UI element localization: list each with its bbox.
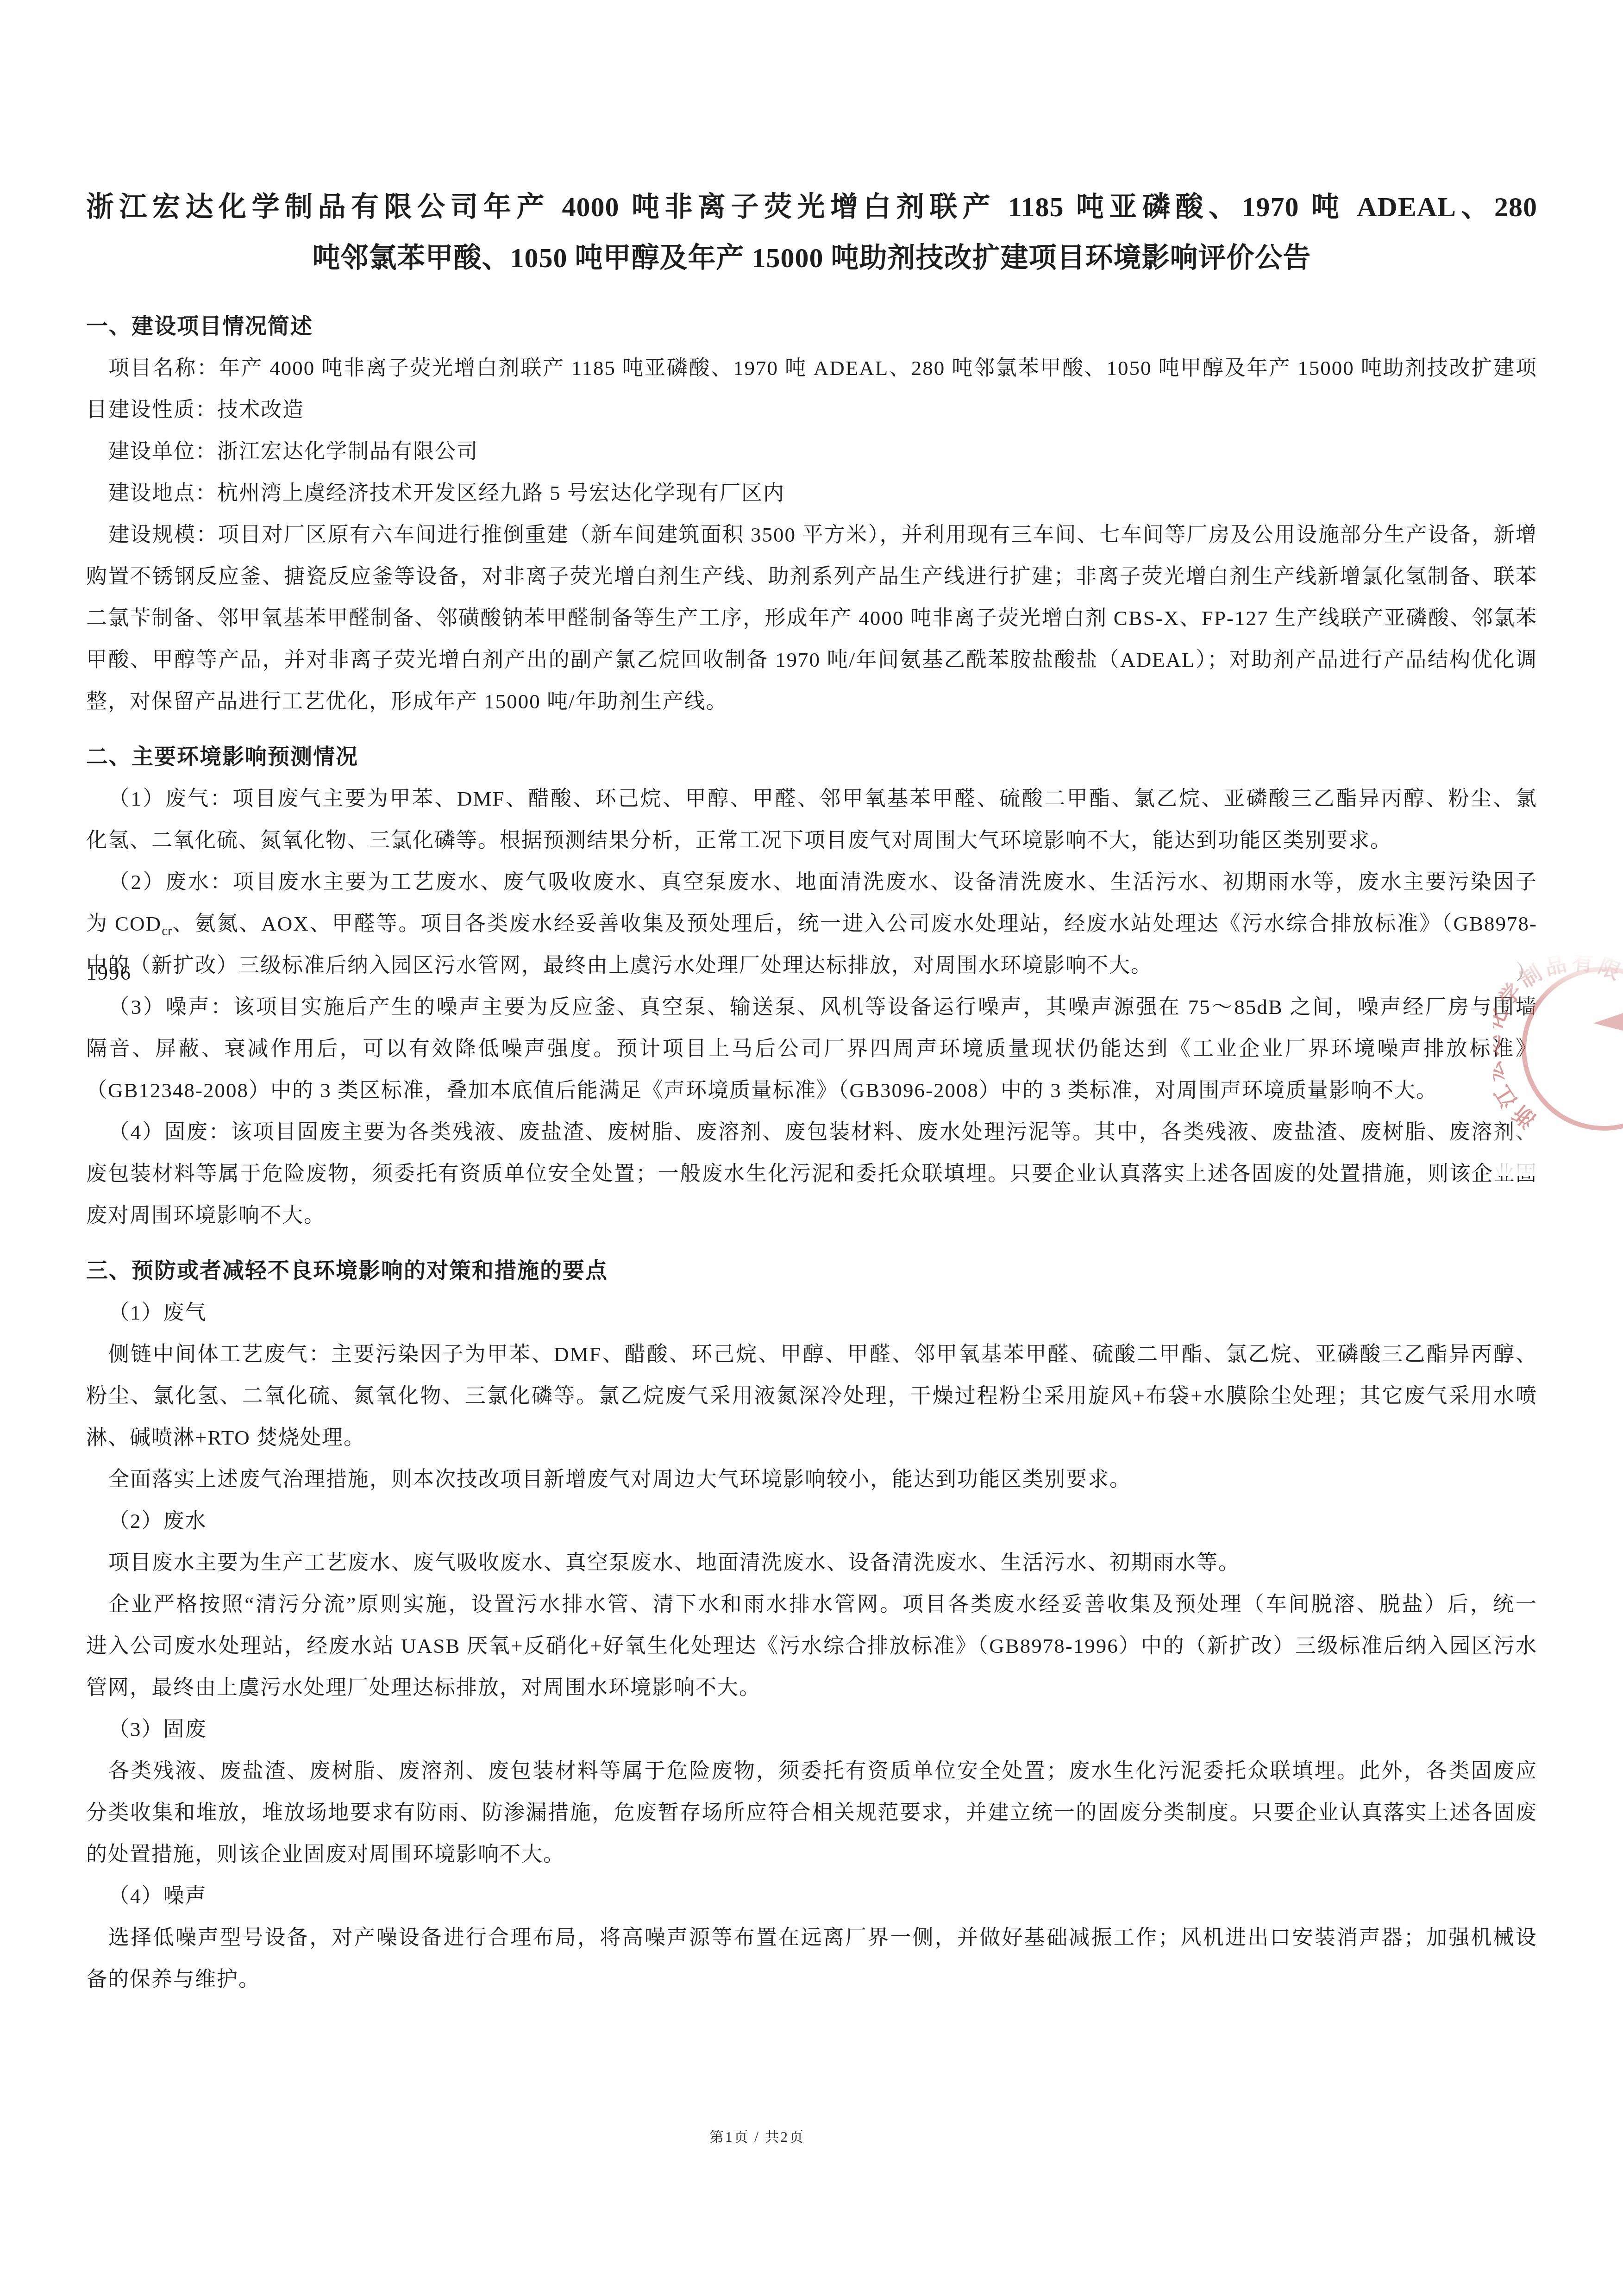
doc-line: （3）固废 xyxy=(86,1708,1537,1750)
doc-line: 淋、碱喷淋+RTO 焚烧处理。 xyxy=(86,1417,1537,1458)
section-heading-2: 二、主要环境影响预测情况 xyxy=(86,736,1537,778)
doc-line: （2）废水 xyxy=(86,1500,1537,1542)
doc-line: （3）噪声：该项目实施后产生的噪声主要为反应釜、真空泵、输送泵、风机等设备运行噪… xyxy=(86,986,1537,1028)
doc-line: 的处置措施，则该企业固废对周围环境影响不大。 xyxy=(86,1833,1537,1875)
doc-line: 二氯苄制备、邻甲氧基苯甲醛制备、邻磺酸钠苯甲醛制备等生产工序，形成年产 4000… xyxy=(86,597,1537,639)
doc-line: 隔音、屏蔽、衰减作用后，可以有效降低噪声强度。预计项目上马后公司厂界四周声环境质… xyxy=(86,1028,1537,1070)
doc-line: 甲酸、甲醇等产品，并对非离子荧光增白剂产出的副产氯乙烷回收制备 1970 吨/年… xyxy=(86,639,1537,681)
doc-line-cod: 为 CODcr、氨氮、AOX、甲醛等。项目各类废水经妥善收集及预处理后，统一进入… xyxy=(86,903,1537,945)
doc-title-line-1: 浙江宏达化学制品有限公司年产 4000 吨非离子荧光增白剂联产 1185 吨亚磷… xyxy=(86,181,1537,232)
doc-line: 备的保养与维护。 xyxy=(86,1958,1537,2000)
doc-line: 项目废水主要为生产工艺废水、废气吸收废水、真空泵废水、地面清洗废水、设备清洗废水… xyxy=(86,1542,1537,1583)
doc-line: 侧链中间体工艺废气：主要污染因子为甲苯、DMF、醋酸、环己烷、甲醇、甲醛、邻甲氧… xyxy=(86,1333,1537,1375)
doc-text: 一、建设项目情况简述 项目名称：年产 4000 吨非离子荧光增白剂联产 1185… xyxy=(86,306,1537,2000)
doc-line: 企业严格按照“清污分流”原则实施，设置污水排水管、清下水和雨水排水管网。项目各类… xyxy=(86,1583,1537,1625)
doc-line: 项目名称：年产 4000 吨非离子荧光增白剂联产 1185 吨亚磷酸、1970 … xyxy=(86,347,1537,389)
doc-line: 选择低噪声型号设备，对产噪设备进行合理布局，将高噪声源等布置在远离厂界一侧，并做… xyxy=(86,1917,1537,1958)
doc-line: 废包装材料等属于危险废物，须委托有资质单位安全处置；一般废水生化污泥和委托众联填… xyxy=(86,1153,1537,1195)
page-footer: 第1页 / 共2页 xyxy=(0,2125,1514,2146)
section-heading-3: 三、预防或者减轻不良环境影响的对策和措施的要点 xyxy=(86,1250,1537,1292)
doc-line: 建设单位：浙江宏达化学制品有限公司 xyxy=(86,431,1537,472)
document-body: 浙江宏达化学制品有限公司年产 4000 吨非离子荧光增白剂联产 1185 吨亚磷… xyxy=(86,181,1537,2000)
document-page: 浙江宏达化学制品有限公司年产 4000 吨非离子荧光增白剂联产 1185 吨亚磷… xyxy=(0,0,1623,2296)
doc-line: 各类残液、废盐渣、废树脂、废溶剂、废包装材料等属于危险废物，须委托有资质单位安全… xyxy=(86,1750,1537,1792)
doc-line: 粉尘、氯化氢、二氧化硫、氮氧化物、三氯化磷等。氯乙烷废气采用液氮深冷处理，干燥过… xyxy=(86,1375,1537,1417)
doc-line: 管网，最终由上虞污水处理厂处理达标排放，对周围水环境影响不大。 xyxy=(86,1667,1537,1708)
doc-line: 分类收集和堆放，堆放场地要求有防雨、防渗漏措施，危废暂存场所应符合相关规范要求，… xyxy=(86,1792,1537,1833)
doc-title-line-2: 吨邻氯苯甲酸、1050 吨甲醇及年产 15000 吨助剂技改扩建项目环境影响评价… xyxy=(86,232,1537,283)
doc-line: 建设规模：项目对厂区原有六车间进行推倒重建（新车间建筑面积 3500 平方米），… xyxy=(86,514,1537,556)
doc-line: 化氢、二氧化硫、氮氧化物、三氯化磷等。根据预测结果分析，正常工况下项目废气对周围… xyxy=(86,820,1537,861)
doc-line: （1）废气：项目废气主要为甲苯、DMF、醋酸、环己烷、甲醇、甲醛、邻甲氧基苯甲醛… xyxy=(86,778,1537,820)
doc-line: 进入公司废水处理站，经废水站 UASB 厌氧+反硝化+好氧生化处理达《污水综合排… xyxy=(86,1625,1537,1667)
cod-subscript: cr xyxy=(162,924,172,938)
doc-line: （GB12348-2008）中的 3 类区标准，叠加本底值后能满足《声环境质量标… xyxy=(86,1070,1537,1111)
doc-line: 购置不锈钢反应釜、搪瓷反应釜等设备，对非离子荧光增白剂生产线、助剂系列产品生产线… xyxy=(86,556,1537,597)
stamp-star-point xyxy=(1593,1013,1623,1031)
doc-line: 建设地点：杭州湾上虞经济技术开发区经九路 5 号宏达化学现有厂区内 xyxy=(86,472,1537,514)
doc-line: （1）废气 xyxy=(86,1292,1537,1333)
doc-line: 整，对保留产品进行工艺优化，形成年产 15000 吨/年助剂生产线。 xyxy=(86,681,1537,722)
doc-line: （4）噪声 xyxy=(86,1875,1537,1917)
cod-prefix: 为 COD xyxy=(86,912,162,935)
section-heading-1: 一、建设项目情况简述 xyxy=(86,306,1537,347)
doc-line: 建设性质：技术改造 xyxy=(86,389,1537,431)
doc-line: 废对周围环境影响不大。 xyxy=(86,1195,1537,1236)
doc-line: 全面落实上述废气治理措施，则本次技改项目新增废气对周边大气环境影响较小，能达到功… xyxy=(86,1458,1537,1500)
doc-line: （4）固废：该项目固废主要为各类残液、废盐渣、废树脂、废溶剂、废包装材料、废水处… xyxy=(86,1111,1537,1153)
doc-line: （2）废水：项目废水主要为工艺废水、废气吸收废水、真空泵废水、地面清洗废水、设备… xyxy=(86,861,1537,903)
